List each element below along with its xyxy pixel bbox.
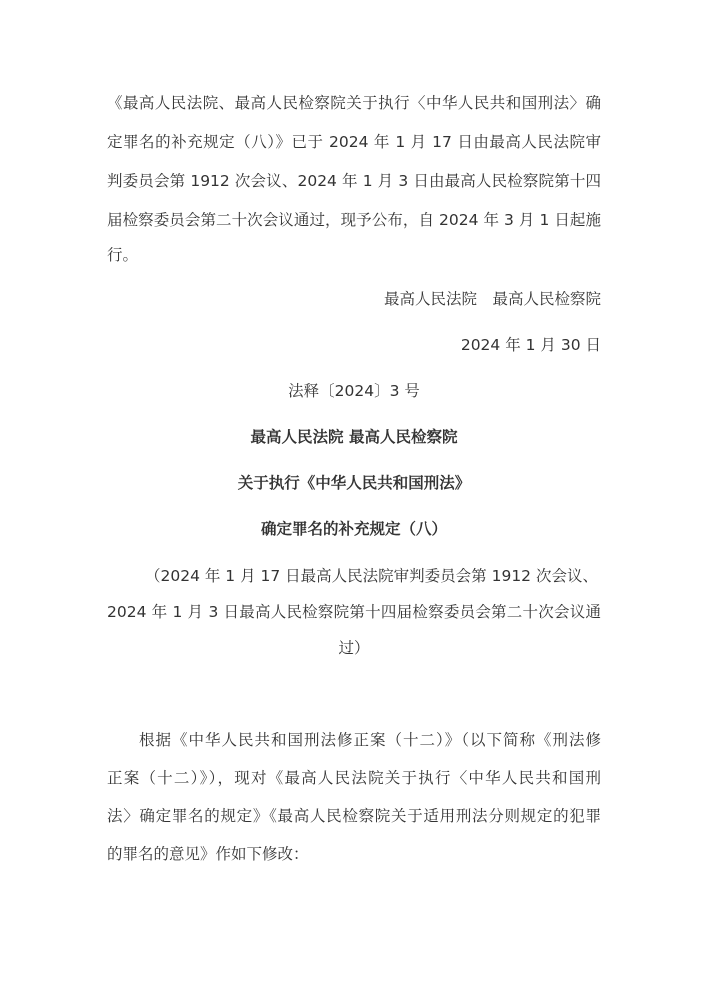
issuer-signature: 最高人民法院 最高人民检察院 <box>107 287 601 311</box>
title-line-subject: 关于执行《中华人民共和国刑法》 <box>107 471 601 495</box>
body-line: 法〉确定罪名的规定》《最高人民检察院关于适用刑法分则规定的犯罪 <box>107 804 601 828</box>
issue-date: 2024 年 1 月 30 日 <box>107 333 601 357</box>
adoption-note-line: 过） <box>107 636 601 660</box>
intro-line: 届检察委员会第二十次会议通过，现予公布，自 2024 年 3 月 1 日起施 <box>107 208 601 232</box>
adoption-note-line: 2024 年 1 月 3 日最高人民检察院第十四届检察委员会第二十次会议通 <box>107 600 601 624</box>
body-line: 的罪名的意见》作如下修改： <box>107 842 601 866</box>
adoption-note-line: （2024 年 1 月 17 日最高人民法院审判委员会第 1912 次会议、 <box>145 564 601 588</box>
intro-line: 判委员会第 1912 次会议、2024 年 1 月 3 日由最高人民检察院第十四 <box>107 169 601 193</box>
intro-line: 《最高人民法院、最高人民检察院关于执行〈中华人民共和国刑法〉确 <box>107 91 601 115</box>
title-line-issuers: 最高人民法院 最高人民检察院 <box>107 425 601 449</box>
intro-line: 行。 <box>107 243 601 267</box>
intro-line: 定罪名的补充规定（八）》已于 2024 年 1 月 17 日由最高人民法院审 <box>107 130 601 154</box>
body-line: 根据《中华人民共和国刑法修正案（十二）》（以下简称《刑法修 <box>139 728 601 752</box>
document-number: 法释〔2024〕3 号 <box>107 379 601 403</box>
body-line: 正案（十二）》），现对《最高人民法院关于执行〈中华人民共和国刑 <box>107 766 601 790</box>
title-line-name: 确定罪名的补充规定（八） <box>107 517 601 541</box>
